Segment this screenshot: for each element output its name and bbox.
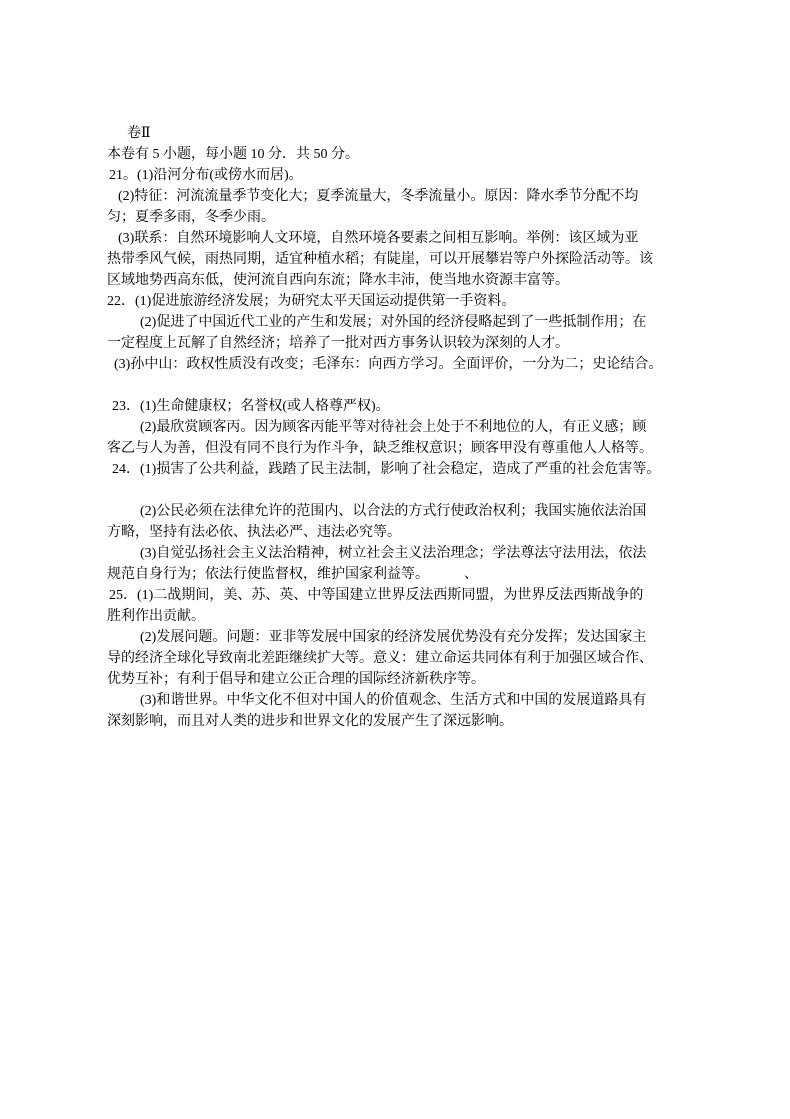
answer-line: (2)发展问题。问题：亚非等发展中国家的经济发展优势没有充分发挥；发达国家主 bbox=[107, 627, 682, 648]
answer-line: 区域地势西高东低，使河流自西向东流；降水丰沛，使当地水资源丰富等。 bbox=[107, 270, 682, 291]
answer-line: (2)最欣赏顾客丙。因为顾客丙能平等对待社会上处于不利地位的人，有正义感；顾 bbox=[107, 417, 682, 438]
answer-line: (3)孙中山：政权性质没有改变；毛泽东：向西方学习。全面评价，一分为二；史论结合… bbox=[107, 354, 682, 375]
answer-question-25: 25．(1)二战期间，美、苏、英、中等国建立世界反法西斯同盟，为世界反法西斯战争… bbox=[107, 585, 682, 732]
answer-line: 胜利作出贡献。 bbox=[107, 606, 682, 627]
answer-line: (2)促进了中国近代工业的产生和发展；对外国的经济侵略起到了一些抵制作用；在 bbox=[107, 312, 682, 333]
answer-line: (3)联系：自然环境影响人文环境，自然环境各要素之间相互影响。举例：该区域为亚 bbox=[107, 228, 682, 249]
answer-question-24: 24．(1)损害了公共利益，践踏了民主法制，影响了社会稳定，造成了严重的社会危害… bbox=[107, 459, 682, 585]
answer-line: 24．(1)损害了公共利益，践踏了民主法制，影响了社会稳定，造成了严重的社会危害… bbox=[107, 459, 682, 480]
answer-line: 22．(1)促进旅游经济发展；为研究太平天国运动提供第一手资料。 bbox=[107, 291, 682, 312]
answer-line: 深刻影响，而且对人类的进步和世界文化的发展产生了深远影响。 bbox=[107, 711, 682, 732]
answer-line: (2)特征：河流流量季节变化大；夏季流量大，冬季流量小。原因：降水季节分配不均 bbox=[107, 186, 682, 207]
answer-line: 热带季风气候，雨热同期，适宜种植水稻；有陡崖，可以开展攀岩等户外探险活动等。该 bbox=[107, 249, 682, 270]
volume-heading: 卷Ⅱ bbox=[107, 123, 682, 144]
blank-line bbox=[107, 480, 682, 501]
answer-line: 一定程度上瓦解了自然经济；培养了一批对西方事务认识较为深刻的人才。 bbox=[107, 333, 682, 354]
answer-line: (3)自觉弘扬社会主义法治精神，树立社会主义法治理念；学法尊法守法用法，依法 bbox=[107, 543, 682, 564]
answer-line: 23．(1)生命健康权；名誉权(或人格尊严权)。 bbox=[107, 396, 682, 417]
answer-line: 规范自身行为；依法行使监督权，维护国家利益等。 、 bbox=[107, 564, 682, 585]
exam-instructions: 本卷有 5 小题，每小题 10 分．共 50 分。 bbox=[107, 144, 682, 165]
answer-line: 21。(1)沿河分布(或傍水而居)。 bbox=[107, 165, 682, 186]
answer-line: 25．(1)二战期间，美、苏、英、中等国建立世界反法西斯同盟，为世界反法西斯战争… bbox=[107, 585, 682, 606]
document-page: 卷Ⅱ 本卷有 5 小题，每小题 10 分．共 50 分。 21。(1)沿河分布(… bbox=[107, 123, 682, 732]
answer-line: (3)和谐世界。中华文化不但对中国人的价值观念、生活方式和中国的发展道路具有 bbox=[107, 690, 682, 711]
answer-question-21: 21。(1)沿河分布(或傍水而居)。 (2)特征：河流流量季节变化大；夏季流量大… bbox=[107, 165, 682, 291]
answer-line: 客乙与人为善，但没有同不良行为作斗争，缺乏维权意识；顾客甲没有尊重他人人格等。 bbox=[107, 438, 682, 459]
answer-line: 方略，坚持有法必依、执法必严、违法必究等。 bbox=[107, 522, 682, 543]
answer-line: 优势互补；有利于倡导和建立公正合理的国际经济新秩序等。 bbox=[107, 669, 682, 690]
answer-line: 导的经济全球化导致南北差距继续扩大等。意义：建立命运共同体有利于加强区域合作、 bbox=[107, 648, 682, 669]
answer-line: (2)公民必须在法律允许的范围内、以合法的方式行使政治权利；我国实施依法治国 bbox=[107, 501, 682, 522]
answer-question-23: 23．(1)生命健康权；名誉权(或人格尊严权)。 (2)最欣赏顾客丙。因为顾客丙… bbox=[107, 396, 682, 459]
answer-line: 匀；夏季多雨，冬季少雨。 bbox=[107, 207, 682, 228]
answer-question-22: 22．(1)促进旅游经济发展；为研究太平天国运动提供第一手资料。 (2)促进了中… bbox=[107, 291, 682, 375]
